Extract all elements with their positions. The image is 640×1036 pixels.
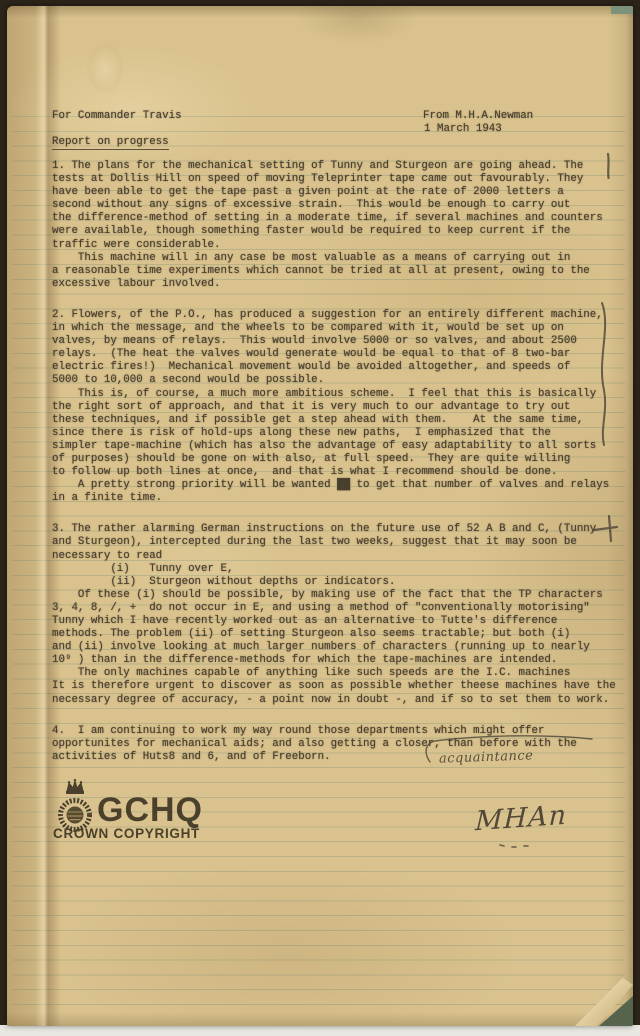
text-line: opportunites for mechanical aids; and al…: [52, 738, 633, 751]
text-line: and Sturgeon), intercepted during the la…: [52, 536, 633, 549]
text-line: relays. (The heat the valves would gener…: [52, 348, 633, 361]
text-line: (i) Tunny over E,: [52, 563, 633, 576]
recipient-line: For Commander Travis: [52, 110, 182, 122]
memo-page: For Commander Travis From M.H.A.Newman 1…: [7, 6, 633, 1026]
text-line: tests at Dollis Hill on speed of moving …: [52, 173, 633, 186]
text-line: in a finite time.: [52, 492, 633, 505]
text-line: have been able to get the tape past a gi…: [52, 186, 633, 199]
text-line: the right sort of approach, and that it …: [52, 401, 633, 414]
gchq-stamp: GCHQ CROWN COPYRIGHT: [51, 774, 221, 856]
text-line: to follow up both lines at once, and tha…: [52, 466, 633, 479]
text-line: 10⁹ ) than in the difference-methods for…: [52, 654, 633, 667]
text-line: This is, of course, a much more ambitiou…: [52, 388, 633, 401]
scan-background-strip: [0, 1025, 640, 1036]
text-line: and (ii) involve looking at much larger …: [52, 641, 633, 654]
text-line: valves, by means of relays. This would i…: [52, 335, 633, 348]
text-line: were available, though something faster …: [52, 225, 633, 238]
text-line: 4. I am continuing to work my way round …: [52, 725, 633, 738]
embossed-crest: [79, 32, 131, 104]
text-line: A pretty strong priority will be wanted …: [52, 479, 633, 492]
text-line: since there is risk of hold-ups along th…: [52, 427, 633, 440]
text-line: Of these (i) should be possible, by maki…: [52, 589, 633, 602]
stamp-org-text: GCHQ: [97, 793, 203, 827]
text-line: traffic were considerable.: [52, 239, 633, 252]
text-line: the difference-method of setting in a mo…: [52, 212, 633, 225]
text-line: The only machines capable of anything li…: [52, 667, 633, 680]
sender-line: From M.H.A.Newman: [423, 110, 533, 122]
text-line: second without any signs of excessive st…: [52, 199, 633, 212]
text-line: electric fires!) Mechanical movement wou…: [52, 361, 633, 374]
paragraph-1: 1. The plans for the mechanical setting …: [52, 160, 633, 291]
memo-body: 1. The plans for the mechanical setting …: [52, 160, 633, 782]
text-line: It is therefore urgent to discover as so…: [52, 680, 633, 693]
text-line: This machine will in any case be most va…: [52, 252, 633, 265]
green-tab: [611, 6, 633, 14]
text-line: excessive labour involved.: [52, 278, 633, 291]
text-line: 2. Flowers, of the P.O., has produced a …: [52, 309, 633, 322]
handwritten-signature: MHAn: [475, 800, 568, 838]
subject-line: Report on progress: [52, 136, 169, 150]
text-line: (ii) Sturgeon without depths or indicato…: [52, 576, 633, 589]
text-line: 1. The plans for the mechanical setting …: [52, 160, 633, 173]
paragraph-3: 3. The rather alarming German instructio…: [52, 523, 633, 706]
text-line: methods. The problem (ii) of setting Stu…: [52, 628, 633, 641]
text-line: 3, 4, 8, /, + do not occur in E, and usi…: [52, 602, 633, 615]
paragraph-2: 2. Flowers, of the P.O., has produced a …: [52, 309, 633, 505]
text-line: a reasonable time experiments which cann…: [52, 265, 633, 278]
text-line: Tunny which I have recently worked out a…: [52, 615, 633, 628]
text-line: activities of Huts8 and 6, and of Freebo…: [52, 751, 633, 764]
text-line: 5000 to 10,000 a second would be possibl…: [52, 374, 633, 387]
paragraph-4: 4. I am continuing to work my way round …: [52, 725, 633, 764]
text-line: necessary degree of accuracy, - a point …: [52, 694, 633, 707]
text-line: in which the message, and the wheels to …: [52, 322, 633, 335]
date-line: 1 March 1943: [424, 123, 502, 135]
text-line: these techniques, and if possible get a …: [52, 414, 633, 427]
text-line: necessary to read: [52, 550, 633, 563]
text-line: 3. The rather alarming German instructio…: [52, 523, 633, 536]
stamp-caption-text: CROWN COPYRIGHT: [53, 826, 200, 841]
text-line: of purposes) should be gone on with also…: [52, 453, 633, 466]
text-line: simpler tape-machine (which has also the…: [52, 440, 633, 453]
